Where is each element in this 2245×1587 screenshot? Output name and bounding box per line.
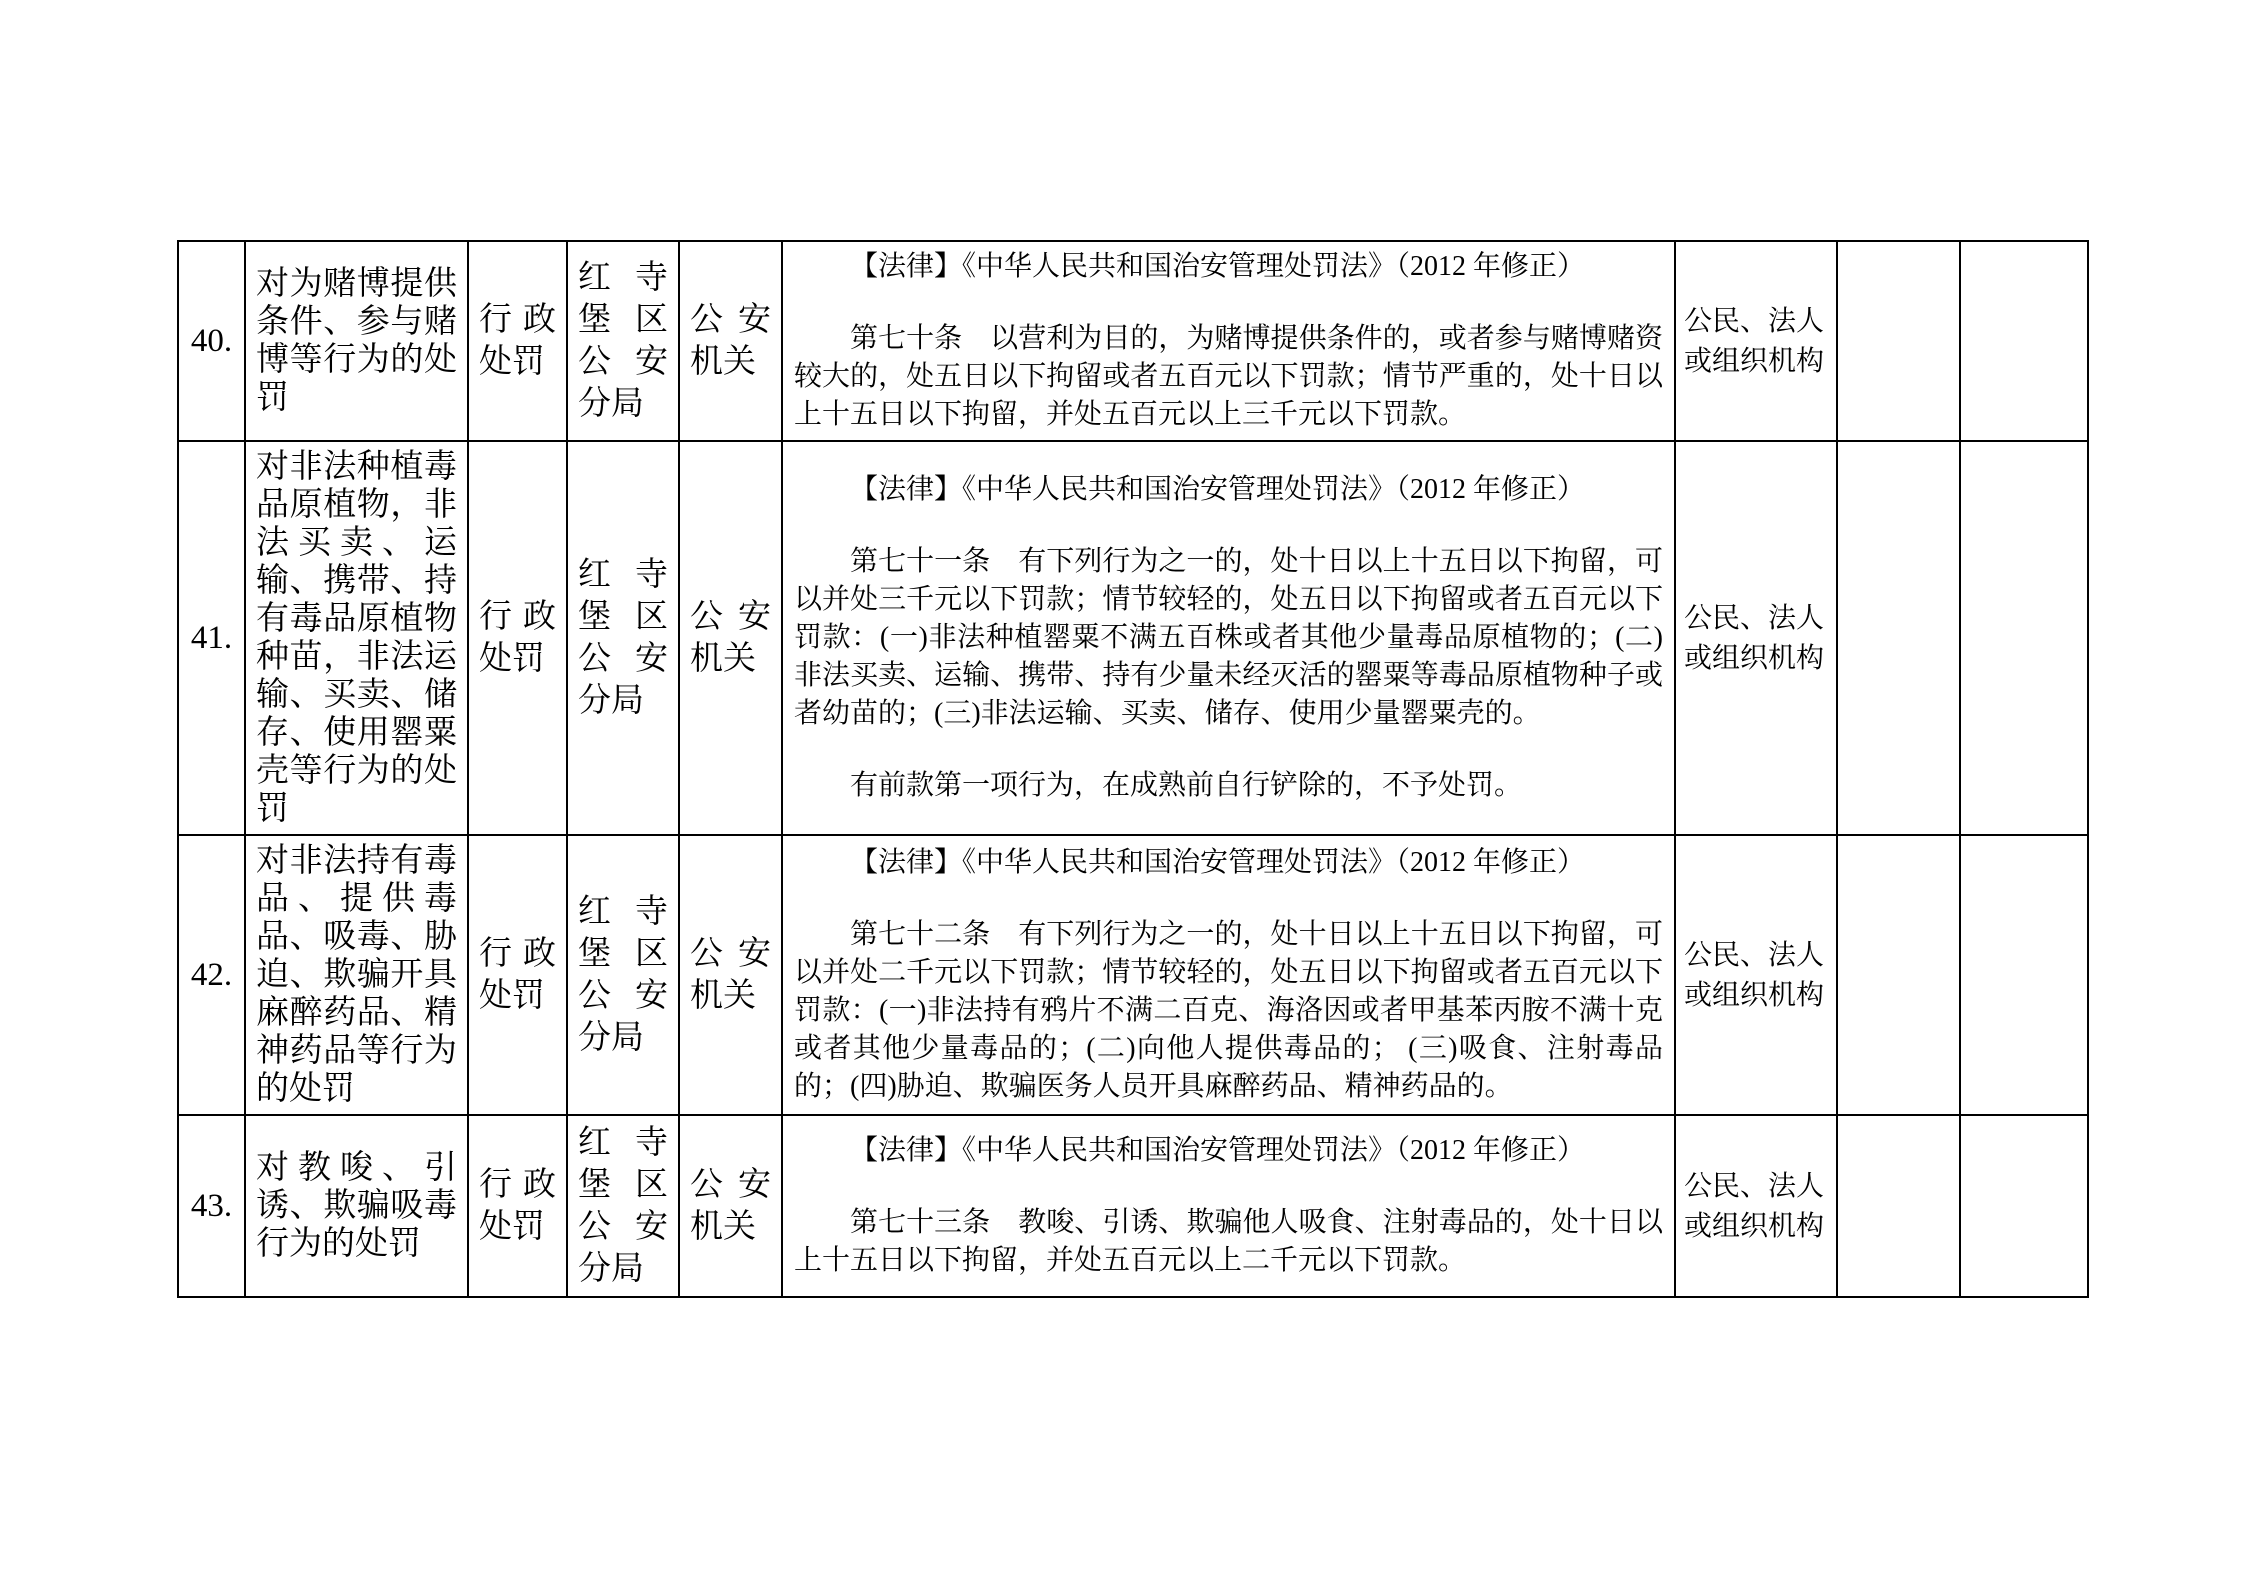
- empty-cell: [1960, 441, 2088, 835]
- penalty-type-cell: 行政处罚: [468, 835, 567, 1115]
- target-group-cell: 公民、法人或组织机构: [1675, 441, 1837, 835]
- table-row: 41. 对非法种植毒品原植物，非法买卖、运输、携带、持有毒品原植物种苗，非法运输…: [178, 441, 2088, 835]
- row-number-cell: 42.: [178, 835, 245, 1115]
- legal-basis-title: 【法律】《中华人民共和国治安管理处罚法》（2012 年修正）: [794, 844, 1663, 882]
- legal-basis-paragraph: 第七十条 以营利为目的，为赌博提供条件的，或者参与赌博赌资较大的，处五日以下拘留…: [794, 320, 1663, 434]
- implementing-agency-cell: 红寺堡区公安分局: [567, 241, 679, 441]
- penalty-type-cell: 行政处罚: [468, 241, 567, 441]
- legal-basis-cell: 【法律】《中华人民共和国治安管理处罚法》（2012 年修正） 第七十一条 有下列…: [782, 441, 1675, 835]
- target-group-cell: 公民、法人或组织机构: [1675, 1115, 1837, 1297]
- legal-basis-paragraph: 第七十三条 教唆、引诱、欺骗他人吸食、注射毒品的，处十日以上十五日以下拘留，并处…: [794, 1204, 1663, 1280]
- legal-basis-cell: 【法律】《中华人民共和国治安管理处罚法》（2012 年修正） 第七十三条 教唆、…: [782, 1115, 1675, 1297]
- empty-cell: [1960, 1115, 2088, 1297]
- row-number-cell: 40.: [178, 241, 245, 441]
- legal-basis-paragraph: 第七十一条 有下列行为之一的，处十日以上十五日以下拘留，可以并处三千元以下罚款；…: [794, 543, 1663, 733]
- penalty-type-cell: 行政处罚: [468, 441, 567, 835]
- legal-basis-cell: 【法律】《中华人民共和国治安管理处罚法》（2012 年修正） 第七十条 以营利为…: [782, 241, 1675, 441]
- legal-basis-paragraph: 第七十二条 有下列行为之一的，处十日以上十五日以下拘留，可以并处二千元以下罚款；…: [794, 916, 1663, 1106]
- table-row: 42. 对非法持有毒品、提供毒品、吸毒、胁迫、欺骗开具麻醉药品、精神药品等行为的…: [178, 835, 2088, 1115]
- table-row: 43. 对教唆、引诱、欺骗吸毒行为的处罚 行政处罚 红寺堡区公安分局 公安机关 …: [178, 1115, 2088, 1297]
- implementing-agency-cell: 红寺堡区公安分局: [567, 835, 679, 1115]
- organ-category-cell: 公安机关: [679, 835, 782, 1115]
- item-name-cell: 对非法持有毒品、提供毒品、吸毒、胁迫、欺骗开具麻醉药品、精神药品等行为的处罚: [245, 835, 468, 1115]
- organ-category-cell: 公安机关: [679, 441, 782, 835]
- table-row: 40. 对为赌博提供条件、参与赌博等行为的处罚 行政处罚 红寺堡区公安分局 公安…: [178, 241, 2088, 441]
- empty-cell: [1837, 441, 1960, 835]
- row-number-cell: 41.: [178, 441, 245, 835]
- target-group-cell: 公民、法人或组织机构: [1675, 241, 1837, 441]
- penalty-table: 40. 对为赌博提供条件、参与赌博等行为的处罚 行政处罚 红寺堡区公安分局 公安…: [177, 240, 2089, 1298]
- legal-basis-title: 【法律】《中华人民共和国治安管理处罚法》（2012 年修正）: [794, 471, 1663, 509]
- organ-category-cell: 公安机关: [679, 1115, 782, 1297]
- implementing-agency-cell: 红寺堡区公安分局: [567, 1115, 679, 1297]
- empty-cell: [1960, 835, 2088, 1115]
- document-page: 40. 对为赌博提供条件、参与赌博等行为的处罚 行政处罚 红寺堡区公安分局 公安…: [0, 0, 2245, 1587]
- item-name-cell: 对教唆、引诱、欺骗吸毒行为的处罚: [245, 1115, 468, 1297]
- empty-cell: [1837, 1115, 1960, 1297]
- legal-basis-paragraph: 有前款第一项行为，在成熟前自行铲除的，不予处罚。: [794, 767, 1663, 805]
- legal-basis-cell: 【法律】《中华人民共和国治安管理处罚法》（2012 年修正） 第七十二条 有下列…: [782, 835, 1675, 1115]
- implementing-agency-cell: 红寺堡区公安分局: [567, 441, 679, 835]
- organ-category-cell: 公安机关: [679, 241, 782, 441]
- item-name-cell: 对非法种植毒品原植物，非法买卖、运输、携带、持有毒品原植物种苗，非法运输、买卖、…: [245, 441, 468, 835]
- item-name-cell: 对为赌博提供条件、参与赌博等行为的处罚: [245, 241, 468, 441]
- penalty-type-cell: 行政处罚: [468, 1115, 567, 1297]
- empty-cell: [1960, 241, 2088, 441]
- empty-cell: [1837, 835, 1960, 1115]
- empty-cell: [1837, 241, 1960, 441]
- target-group-cell: 公民、法人或组织机构: [1675, 835, 1837, 1115]
- legal-basis-title: 【法律】《中华人民共和国治安管理处罚法》（2012 年修正）: [794, 248, 1663, 286]
- legal-basis-title: 【法律】《中华人民共和国治安管理处罚法》（2012 年修正）: [794, 1132, 1663, 1170]
- row-number-cell: 43.: [178, 1115, 245, 1297]
